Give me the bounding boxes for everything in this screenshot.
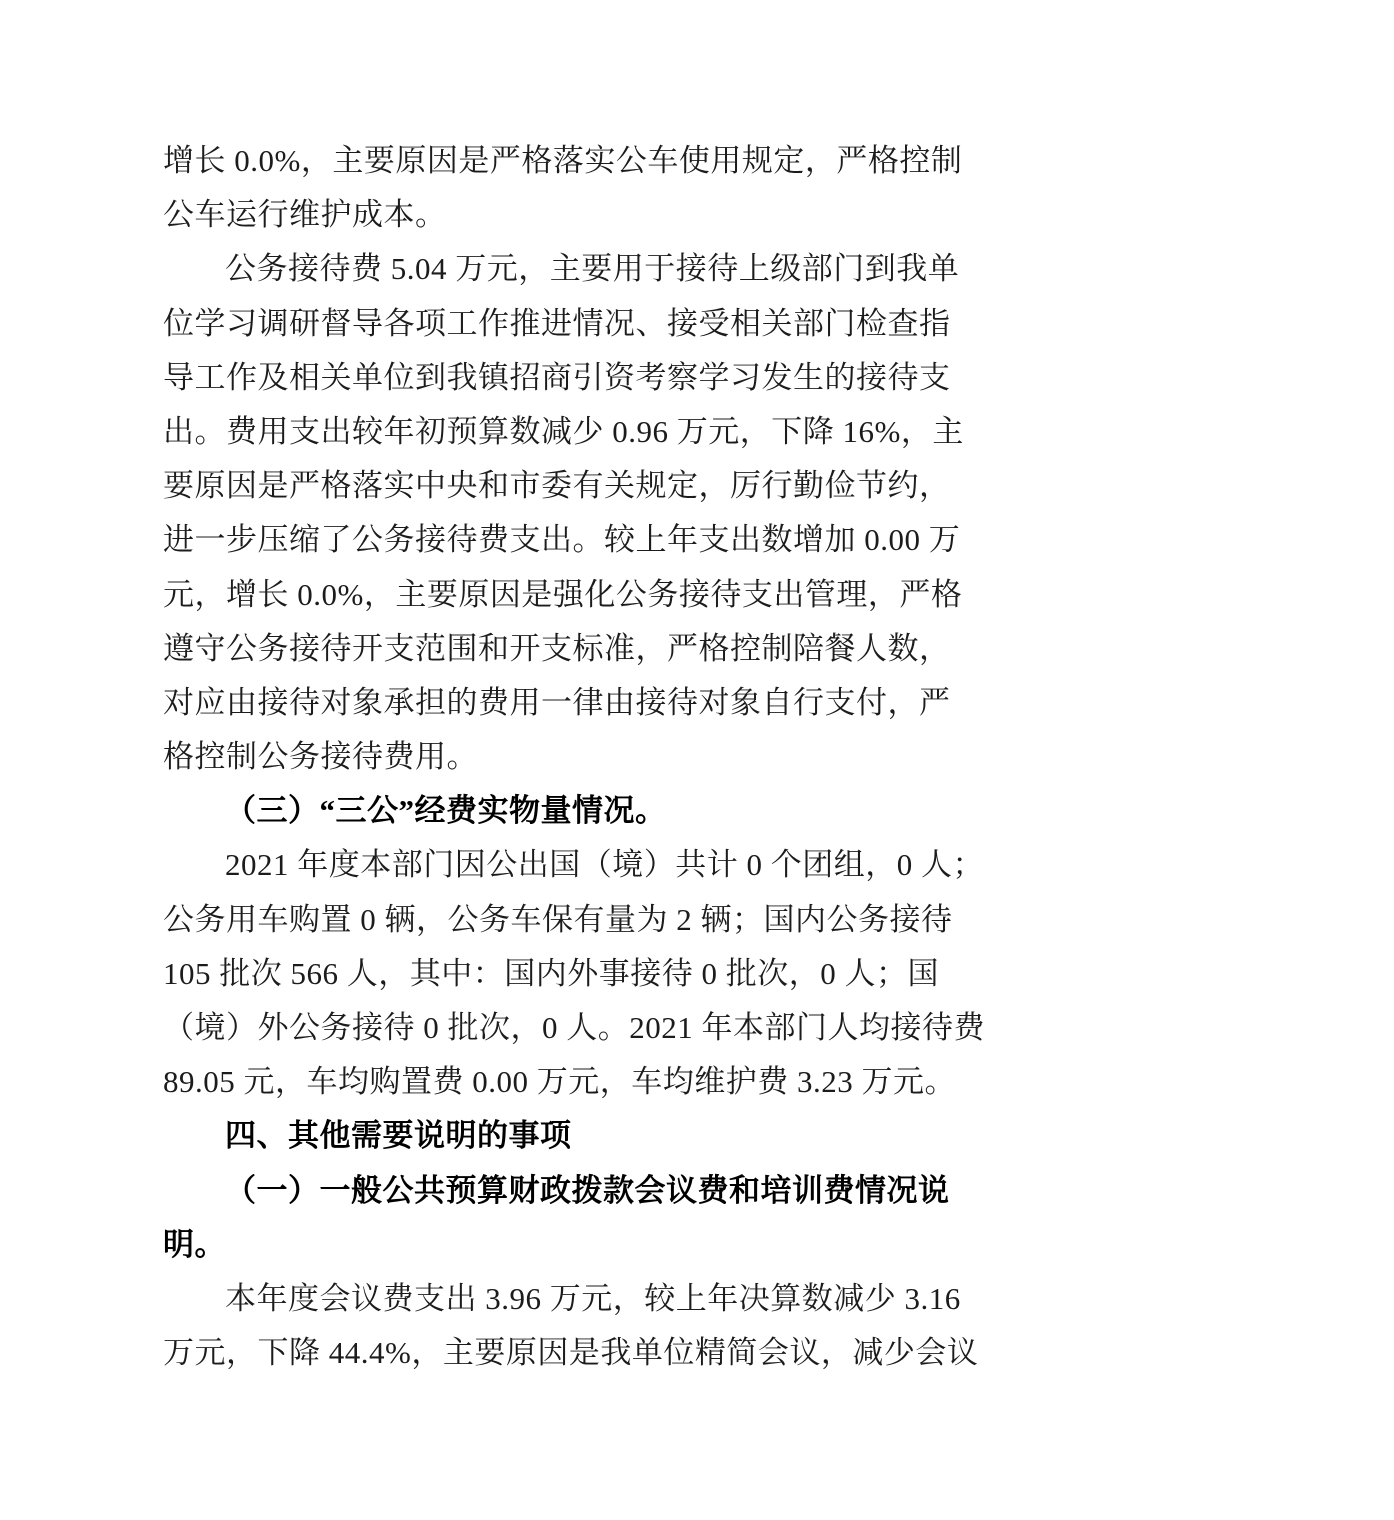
text-line-20: （一）一般公共预算财政拨款会议费和培训费情况说: [163, 1164, 938, 1218]
text-line-19: 四、其他需要说明的事项: [163, 1109, 938, 1163]
text-line-15: 公务用车购置 0 辆，公务车保有量为 2 辆；国内公务接待: [163, 893, 938, 947]
text-line-8: 进一步压缩了公务接待费支出。较上年支出数增加 0.00 万: [163, 513, 938, 567]
text-line-2: 公车运行维护成本。: [163, 188, 938, 242]
text-line-4: 位学习调研督导各项工作推进情况、接受相关部门检查指: [163, 297, 938, 351]
text-line-22: 本年度会议费支出 3.96 万元，较上年决算数减少 3.16: [163, 1272, 938, 1326]
text-line-3: 公务接待费 5.04 万元，主要用于接待上级部门到我单: [163, 242, 938, 296]
text-line-13: （三）“三公”经费实物量情况。: [163, 784, 938, 838]
document-page: 增长 0.0%，主要原因是严格落实公车使用规定，严格控制公车运行维护成本。公务接…: [0, 0, 1394, 1520]
text-line-17: （境）外公务接待 0 批次，0 人。2021 年本部门人均接待费: [163, 1001, 938, 1055]
text-line-1: 增长 0.0%，主要原因是严格落实公车使用规定，严格控制: [163, 134, 938, 188]
text-line-18: 89.05 元，车均购置费 0.00 万元，车均维护费 3.23 万元。: [163, 1055, 938, 1109]
text-line-10: 遵守公务接待开支范围和开支标准，严格控制陪餐人数，: [163, 622, 938, 676]
text-line-14: 2021 年度本部门因公出国（境）共计 0 个团组，0 人；: [163, 838, 938, 892]
document-body: 增长 0.0%，主要原因是严格落实公车使用规定，严格控制公车运行维护成本。公务接…: [163, 134, 938, 1380]
text-line-23: 万元，下降 44.4%，主要原因是我单位精简会议，减少会议: [163, 1326, 938, 1380]
text-line-11: 对应由接待对象承担的费用一律由接待对象自行支付，严: [163, 676, 938, 730]
text-line-5: 导工作及相关单位到我镇招商引资考察学习发生的接待支: [163, 351, 938, 405]
text-line-7: 要原因是严格落实中央和市委有关规定，厉行勤俭节约，: [163, 459, 938, 513]
text-line-12: 格控制公务接待费用。: [163, 730, 938, 784]
text-line-6: 出。费用支出较年初预算数减少 0.96 万元，下降 16%，主: [163, 405, 938, 459]
text-line-21: 明。: [163, 1218, 938, 1272]
text-line-9: 元，增长 0.0%，主要原因是强化公务接待支出管理，严格: [163, 568, 938, 622]
text-line-16: 105 批次 566 人，其中：国内外事接待 0 批次，0 人；国: [163, 947, 938, 1001]
